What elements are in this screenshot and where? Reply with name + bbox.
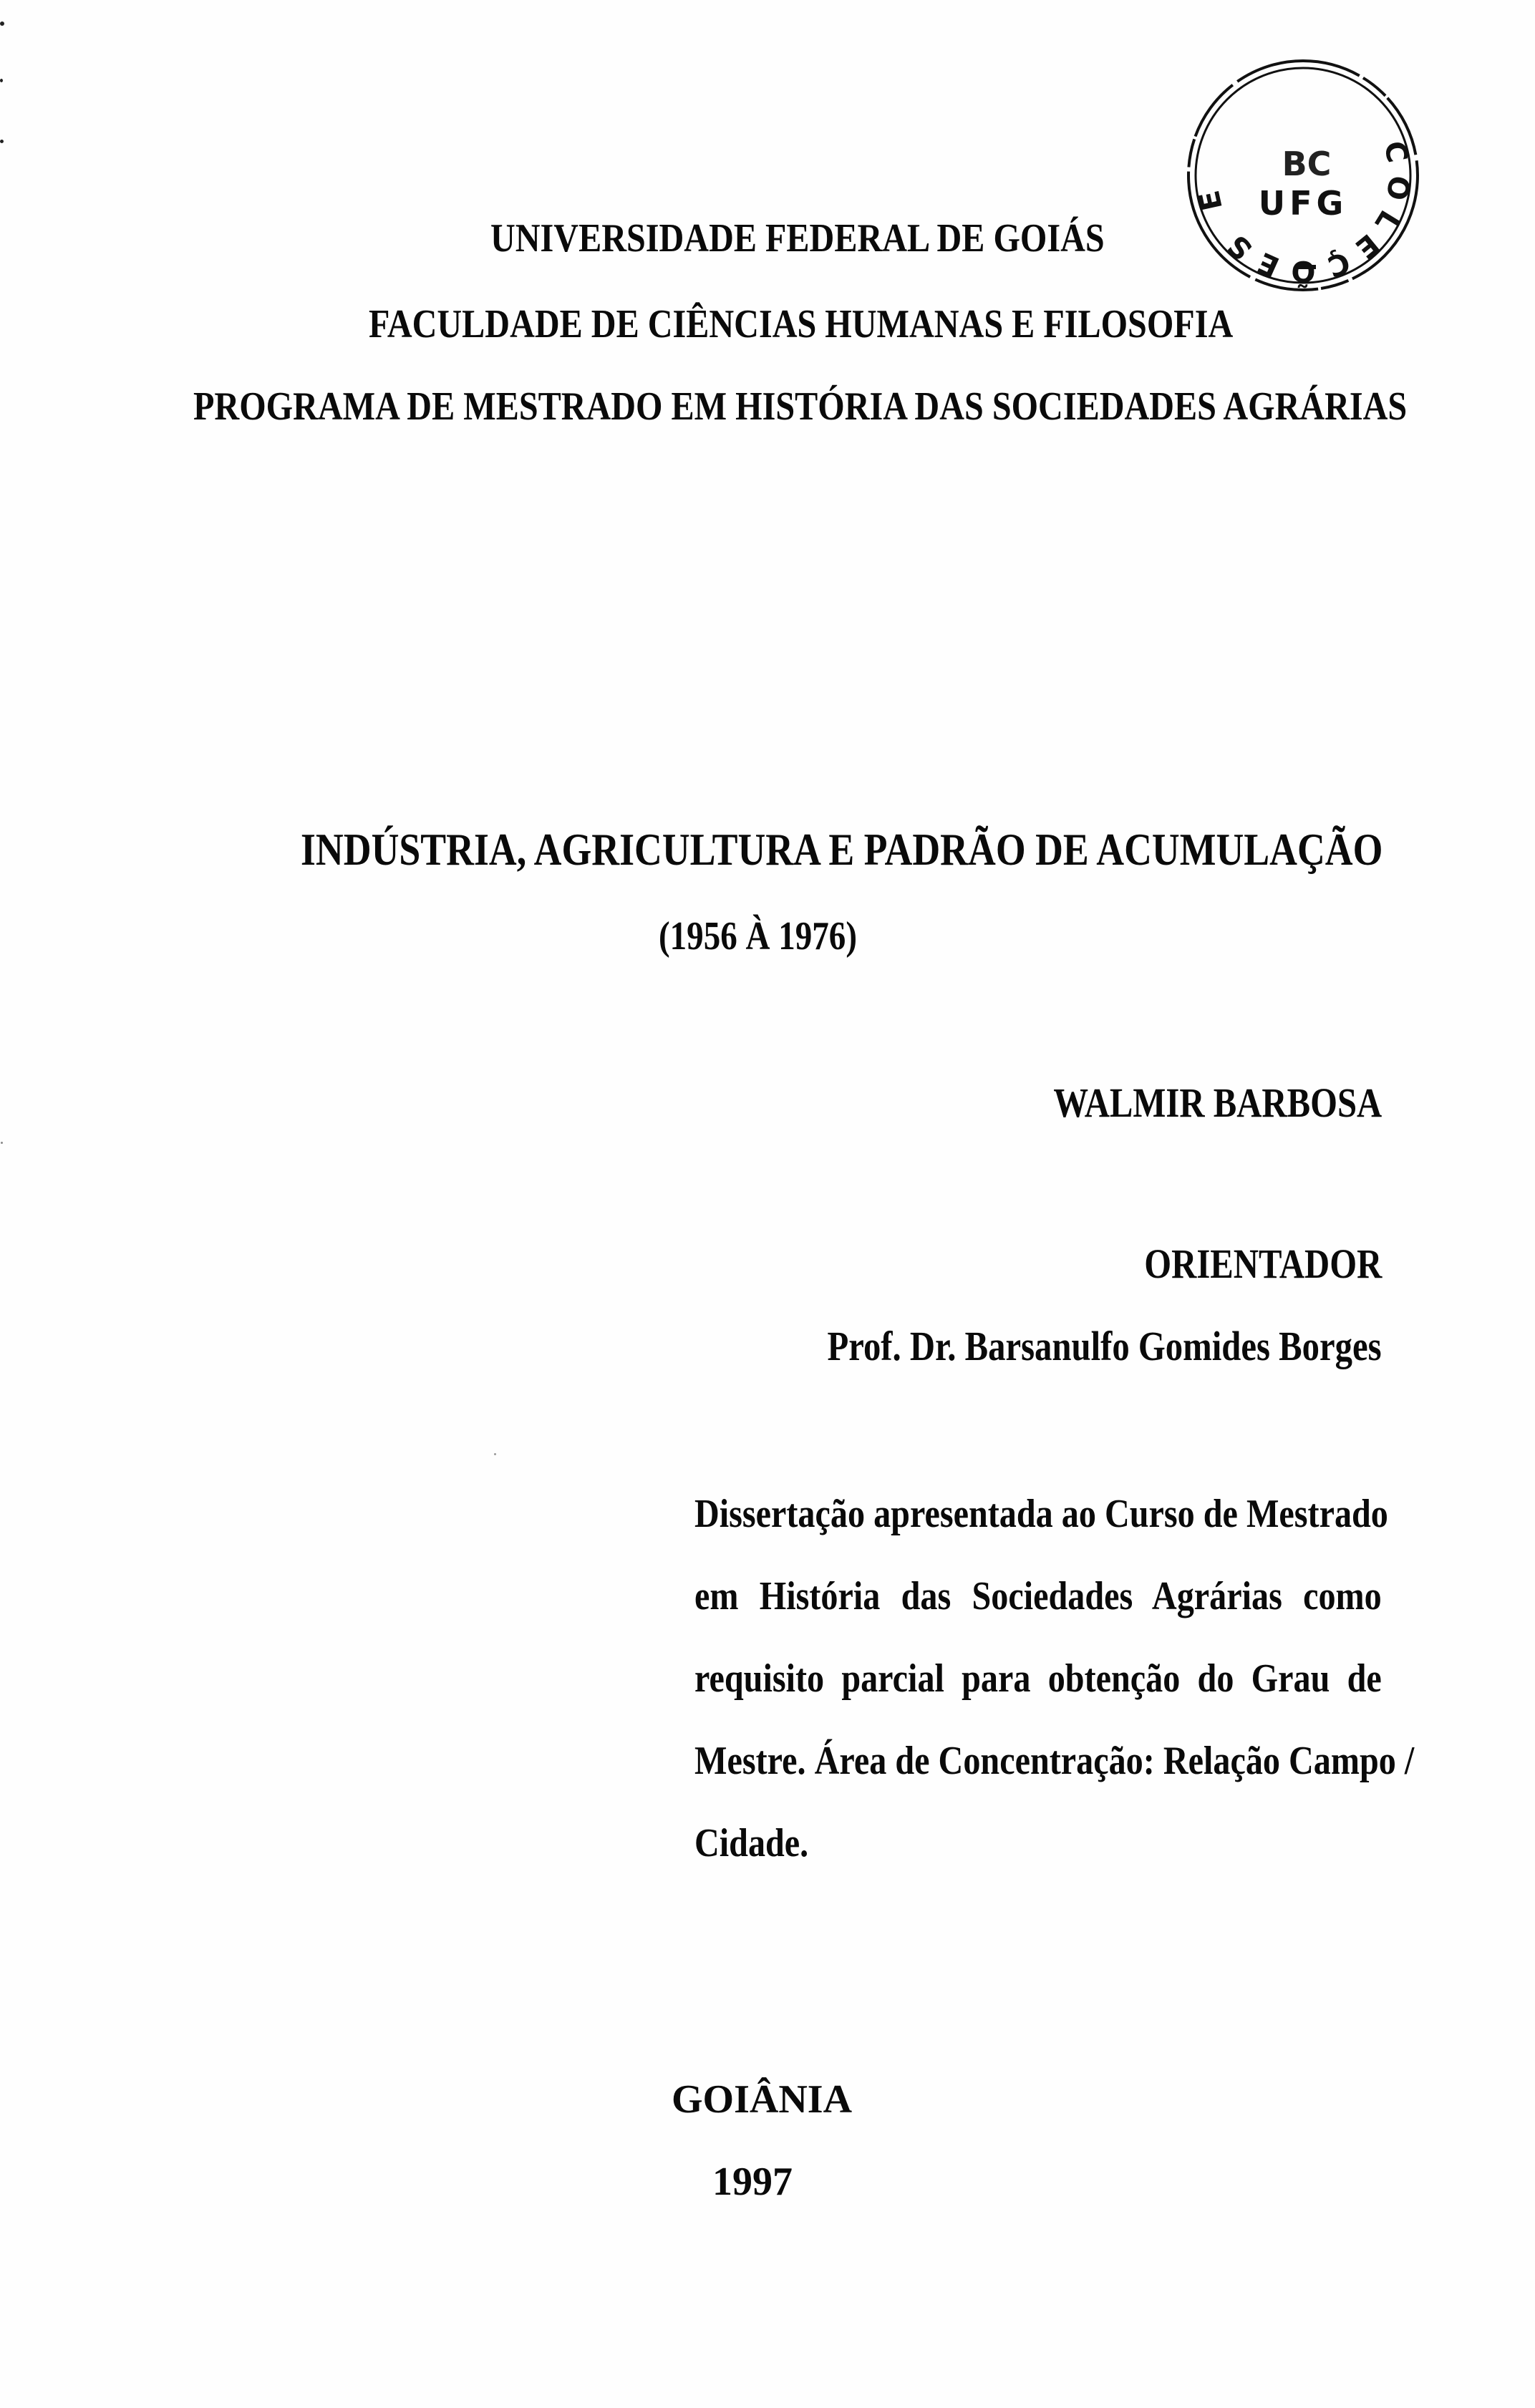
dissertation-note-line: requisito parcial para obtenção do Grau … bbox=[694, 1654, 1382, 1736]
library-stamp: COLEÇÕES ESPECIAIS BC UFG bbox=[1160, 32, 1446, 319]
scan-speck bbox=[494, 1453, 496, 1455]
university-name: UNIVERSIDADE FEDERAL DE GOIÁS bbox=[490, 218, 1105, 258]
scan-speck bbox=[0, 79, 3, 82]
city: GOIÂNIA bbox=[672, 2079, 852, 2120]
thesis-title-page: UNIVERSIDADE FEDERAL DE GOIÁS FACULDADE … bbox=[0, 0, 1535, 2408]
dissertation-note-line: Dissertação apresentada ao Curso de Mest… bbox=[694, 1489, 1382, 1571]
advisor-label: ORIENTADOR bbox=[1144, 1243, 1382, 1285]
stamp-center-bc: BC bbox=[1282, 145, 1332, 183]
author-name: WALMIR BARBOSA bbox=[1053, 1082, 1382, 1124]
year: 1997 bbox=[712, 2162, 793, 2202]
scan-speck bbox=[1, 1142, 3, 1144]
dissertation-note-line: Cidade. bbox=[694, 1818, 1382, 1900]
stamp-mark bbox=[1296, 265, 1316, 269]
program-name: PROGRAMA DE MESTRADO EM HISTÓRIA DAS SOC… bbox=[193, 387, 1407, 427]
dissertation-note-line: Mestre. Área de Concentração: Relação Ca… bbox=[694, 1736, 1382, 1818]
stamp-center-ufg: UFG bbox=[1259, 184, 1348, 223]
advisor-name: Prof. Dr. Barsanulfo Gomides Borges bbox=[828, 1326, 1382, 1367]
thesis-title: INDÚSTRIA, AGRICULTURA E PADRÃO DE ACUMU… bbox=[301, 827, 1383, 873]
dissertation-note: Dissertação apresentada ao Curso de Mest… bbox=[694, 1489, 1382, 1900]
scan-speck bbox=[0, 21, 4, 26]
dissertation-note-line: em História das Sociedades Agrárias como bbox=[694, 1571, 1382, 1654]
faculty-name: FACULDADE DE CIÊNCIAS HUMANAS E FILOSOFI… bbox=[369, 304, 1233, 344]
scan-speck bbox=[0, 140, 4, 143]
thesis-period: (1956 À 1976) bbox=[659, 916, 857, 956]
